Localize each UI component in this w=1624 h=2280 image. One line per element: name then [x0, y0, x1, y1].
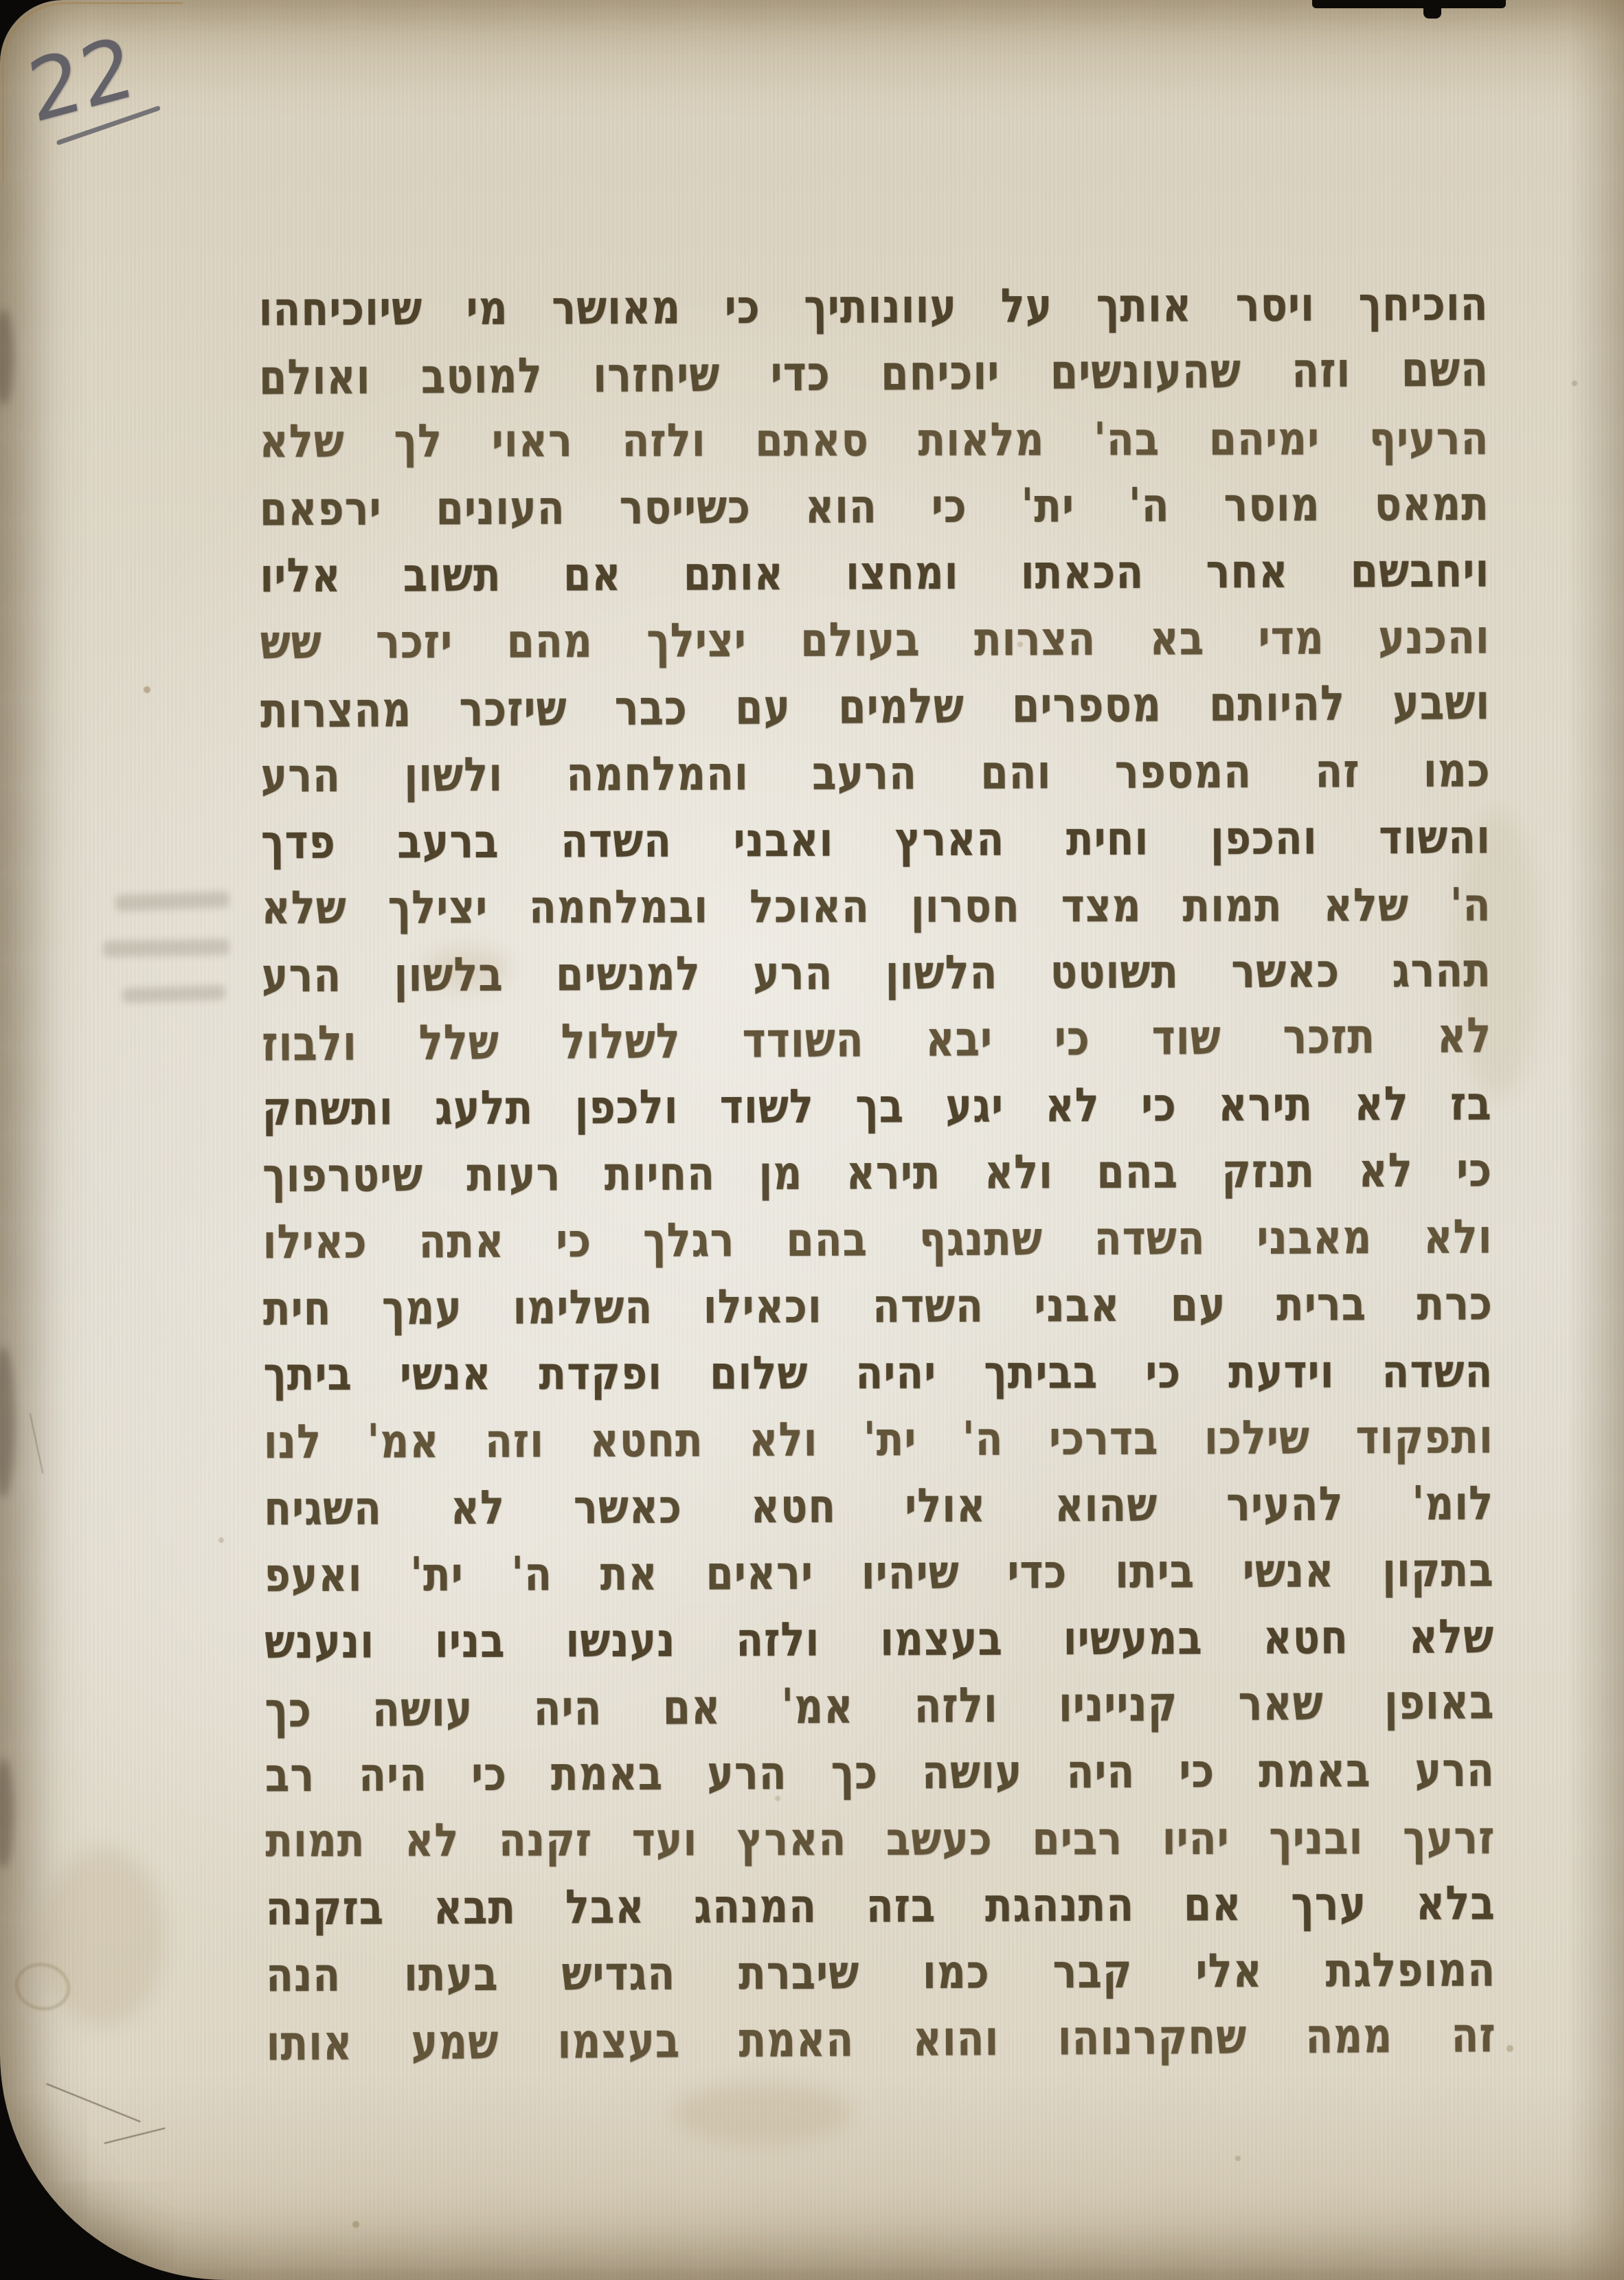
- page-edge-shadow: [1312, 0, 1506, 8]
- bleed-through-mark: [122, 984, 226, 1003]
- stain: [1456, 811, 1539, 1099]
- paper-crack: [104, 2127, 166, 2144]
- paper-crack: [46, 2083, 141, 2122]
- edge-wear: [0, 1346, 15, 1498]
- edge-wear: [0, 1759, 14, 1869]
- folio-number: 22: [22, 3, 204, 189]
- stain: [673, 2081, 852, 2143]
- manuscript-page: 22 הוכיחך ויסר אותך על עוונותיך כי מאושר…: [0, 0, 1624, 2280]
- folio-number-text: 22: [22, 18, 140, 142]
- bleed-through-mark: [103, 938, 229, 957]
- text-line: זה ממה שחקרנוהו והוא האמת בעצמו שמע אותו: [266, 1994, 1496, 2084]
- scan-background: 22 הוכיחך ויסר אותך על עוונותיך כי מאושר…: [0, 0, 1624, 2280]
- page-edge-notch: [1423, 0, 1441, 19]
- paper-crack: [30, 1413, 44, 1474]
- edge-wear: [0, 309, 14, 405]
- manuscript-text-block: הוכיחך ויסר אותך על עוונותיך כי מאושר מי…: [258, 271, 1496, 2075]
- stain: [426, 948, 508, 989]
- bleed-through-mark: [115, 891, 230, 912]
- stain: [41, 1848, 165, 2027]
